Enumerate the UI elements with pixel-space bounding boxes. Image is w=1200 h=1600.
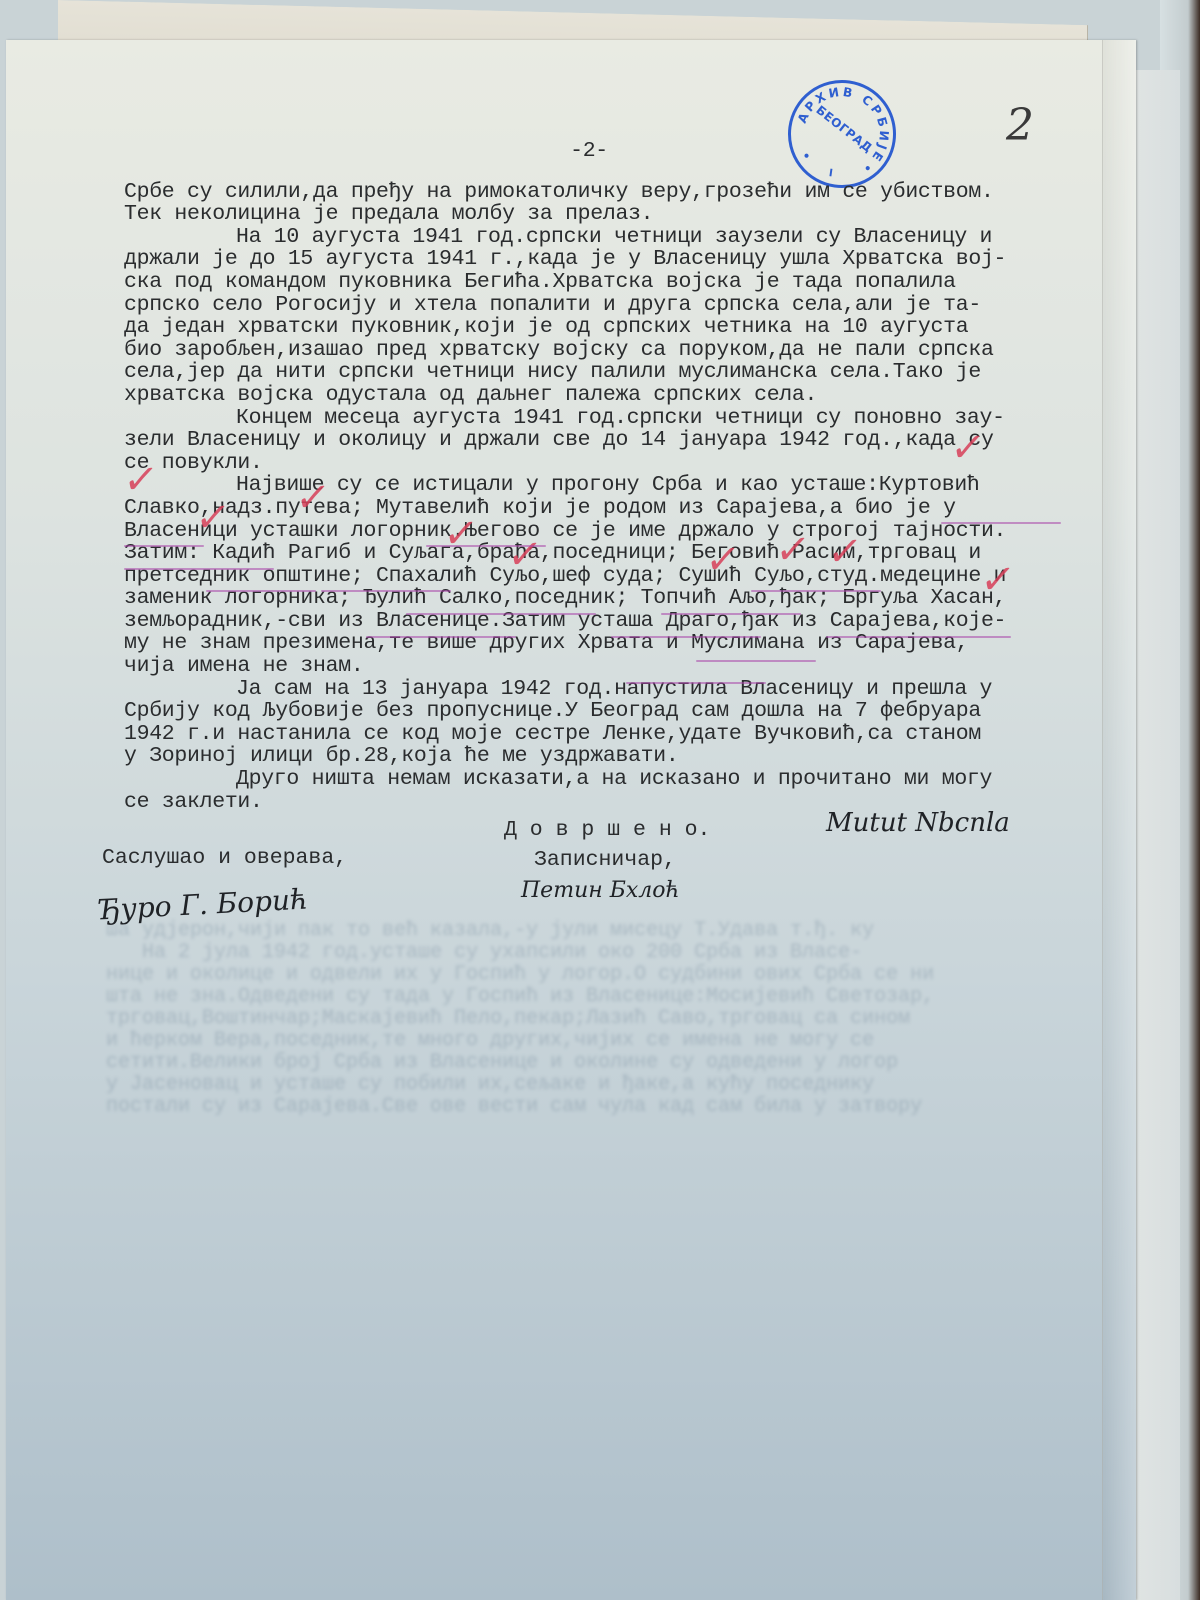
typed-statement: -2- Србе су силили,да пређу на римокатол… [124,140,1094,813]
text-line: земљорадник,-сви из Власенице.Затим уста… [124,610,1094,633]
text-line: претседник општине; Спахалић Суљо,шеф су… [124,565,1094,588]
text-line: српско село Рогосију и хтела попалити и … [124,294,1094,317]
paragraph: Ја сам на 13 јануара 1942 год.напустила … [124,678,1094,768]
text-line: Највише су се истицали у прогону Срба и … [124,474,1094,497]
page-fold [1102,40,1136,1600]
text-line: Затим: Кадић Рагиб и Суљага,браћа,поседн… [124,542,1094,565]
text-line: у Зориној илици бр.28,која ће ме уздржав… [124,745,1094,768]
text-line: хрватска војска одустала од даљнег палеж… [124,384,1094,407]
paragraph: Друго ништа немам исказати,а на исказано… [124,768,1094,813]
certifier-signature: Ђуро Г. Борић [97,883,309,927]
text-line: држали је до 15 аугуста 1941 г.,када је … [124,248,1094,271]
text-line: Тек неколицина је предала молбу за прела… [124,203,1094,226]
paragraph: Концем месеца аугуста 1941 год.српски че… [124,407,1094,475]
text-line: се повукли. [124,452,1094,475]
text-line: 1942 г.и настанила се код моје сестре Ле… [124,723,1094,746]
text-line: Србе су силили,да пређу на римокатоличку… [124,181,1094,204]
paragraph: Србе су силили,да пређу на римокатоличку… [124,181,1094,226]
text-line: ска под командом пуковника Бегића.Хрватс… [124,271,1094,294]
text-line: Власеници усташки логорник.Његово се је … [124,520,1094,543]
heard-certified-label: Саслушао и оверава, [102,846,347,870]
text-line: зели Власеницу и околицу и држали све до… [124,429,1094,452]
typed-page-number: -2- [84,140,1094,163]
text-line: Србију код Љубовије без пропуснице.У Бео… [124,700,1094,723]
text-line: Концем месеца аугуста 1941 год.српски че… [124,407,1094,430]
bleed-through-text: ша удјерон,чији пак то већ казала,-у јул… [106,920,1066,1118]
text-line: му не знам презимена,те више других Хрва… [124,632,1094,655]
text-line: На 10 аугуста 1941 год.српски четници за… [124,226,1094,249]
text-line: села,јер да нити српски четници нису пал… [124,361,1094,384]
recorder-label: Записничар, [534,848,676,872]
paragraph: На 10 аугуста 1941 год.српски четници за… [124,226,1094,407]
text-line: био заробљен,изашао пред хрватску војску… [124,339,1094,362]
witness-signature: Mutut Nbcnla [826,808,1010,838]
text-line: Друго ништа немам исказати,а на исказано… [124,768,1094,791]
completed-label: Д о в р ш е н о. [504,818,710,842]
text-line: Ја сам на 13 јануара 1942 год.напустила … [124,678,1094,701]
recorder-signature: Петин Бхлоћ [521,878,680,903]
paragraph: Највише су се истицали у прогону Срба и … [124,474,1094,677]
text-line: да један хрватски пуковник,који је од ср… [124,316,1094,339]
document-page: ша удјерон,чији пак то већ казала,-у јул… [6,40,1136,1600]
text-line: Славко,надз.путева; Мутавелић који је ро… [124,497,1094,520]
text-line: заменик логорника; Ђулић Салко,поседник;… [124,587,1094,610]
text-line: чија имена не знам. [124,655,1094,678]
